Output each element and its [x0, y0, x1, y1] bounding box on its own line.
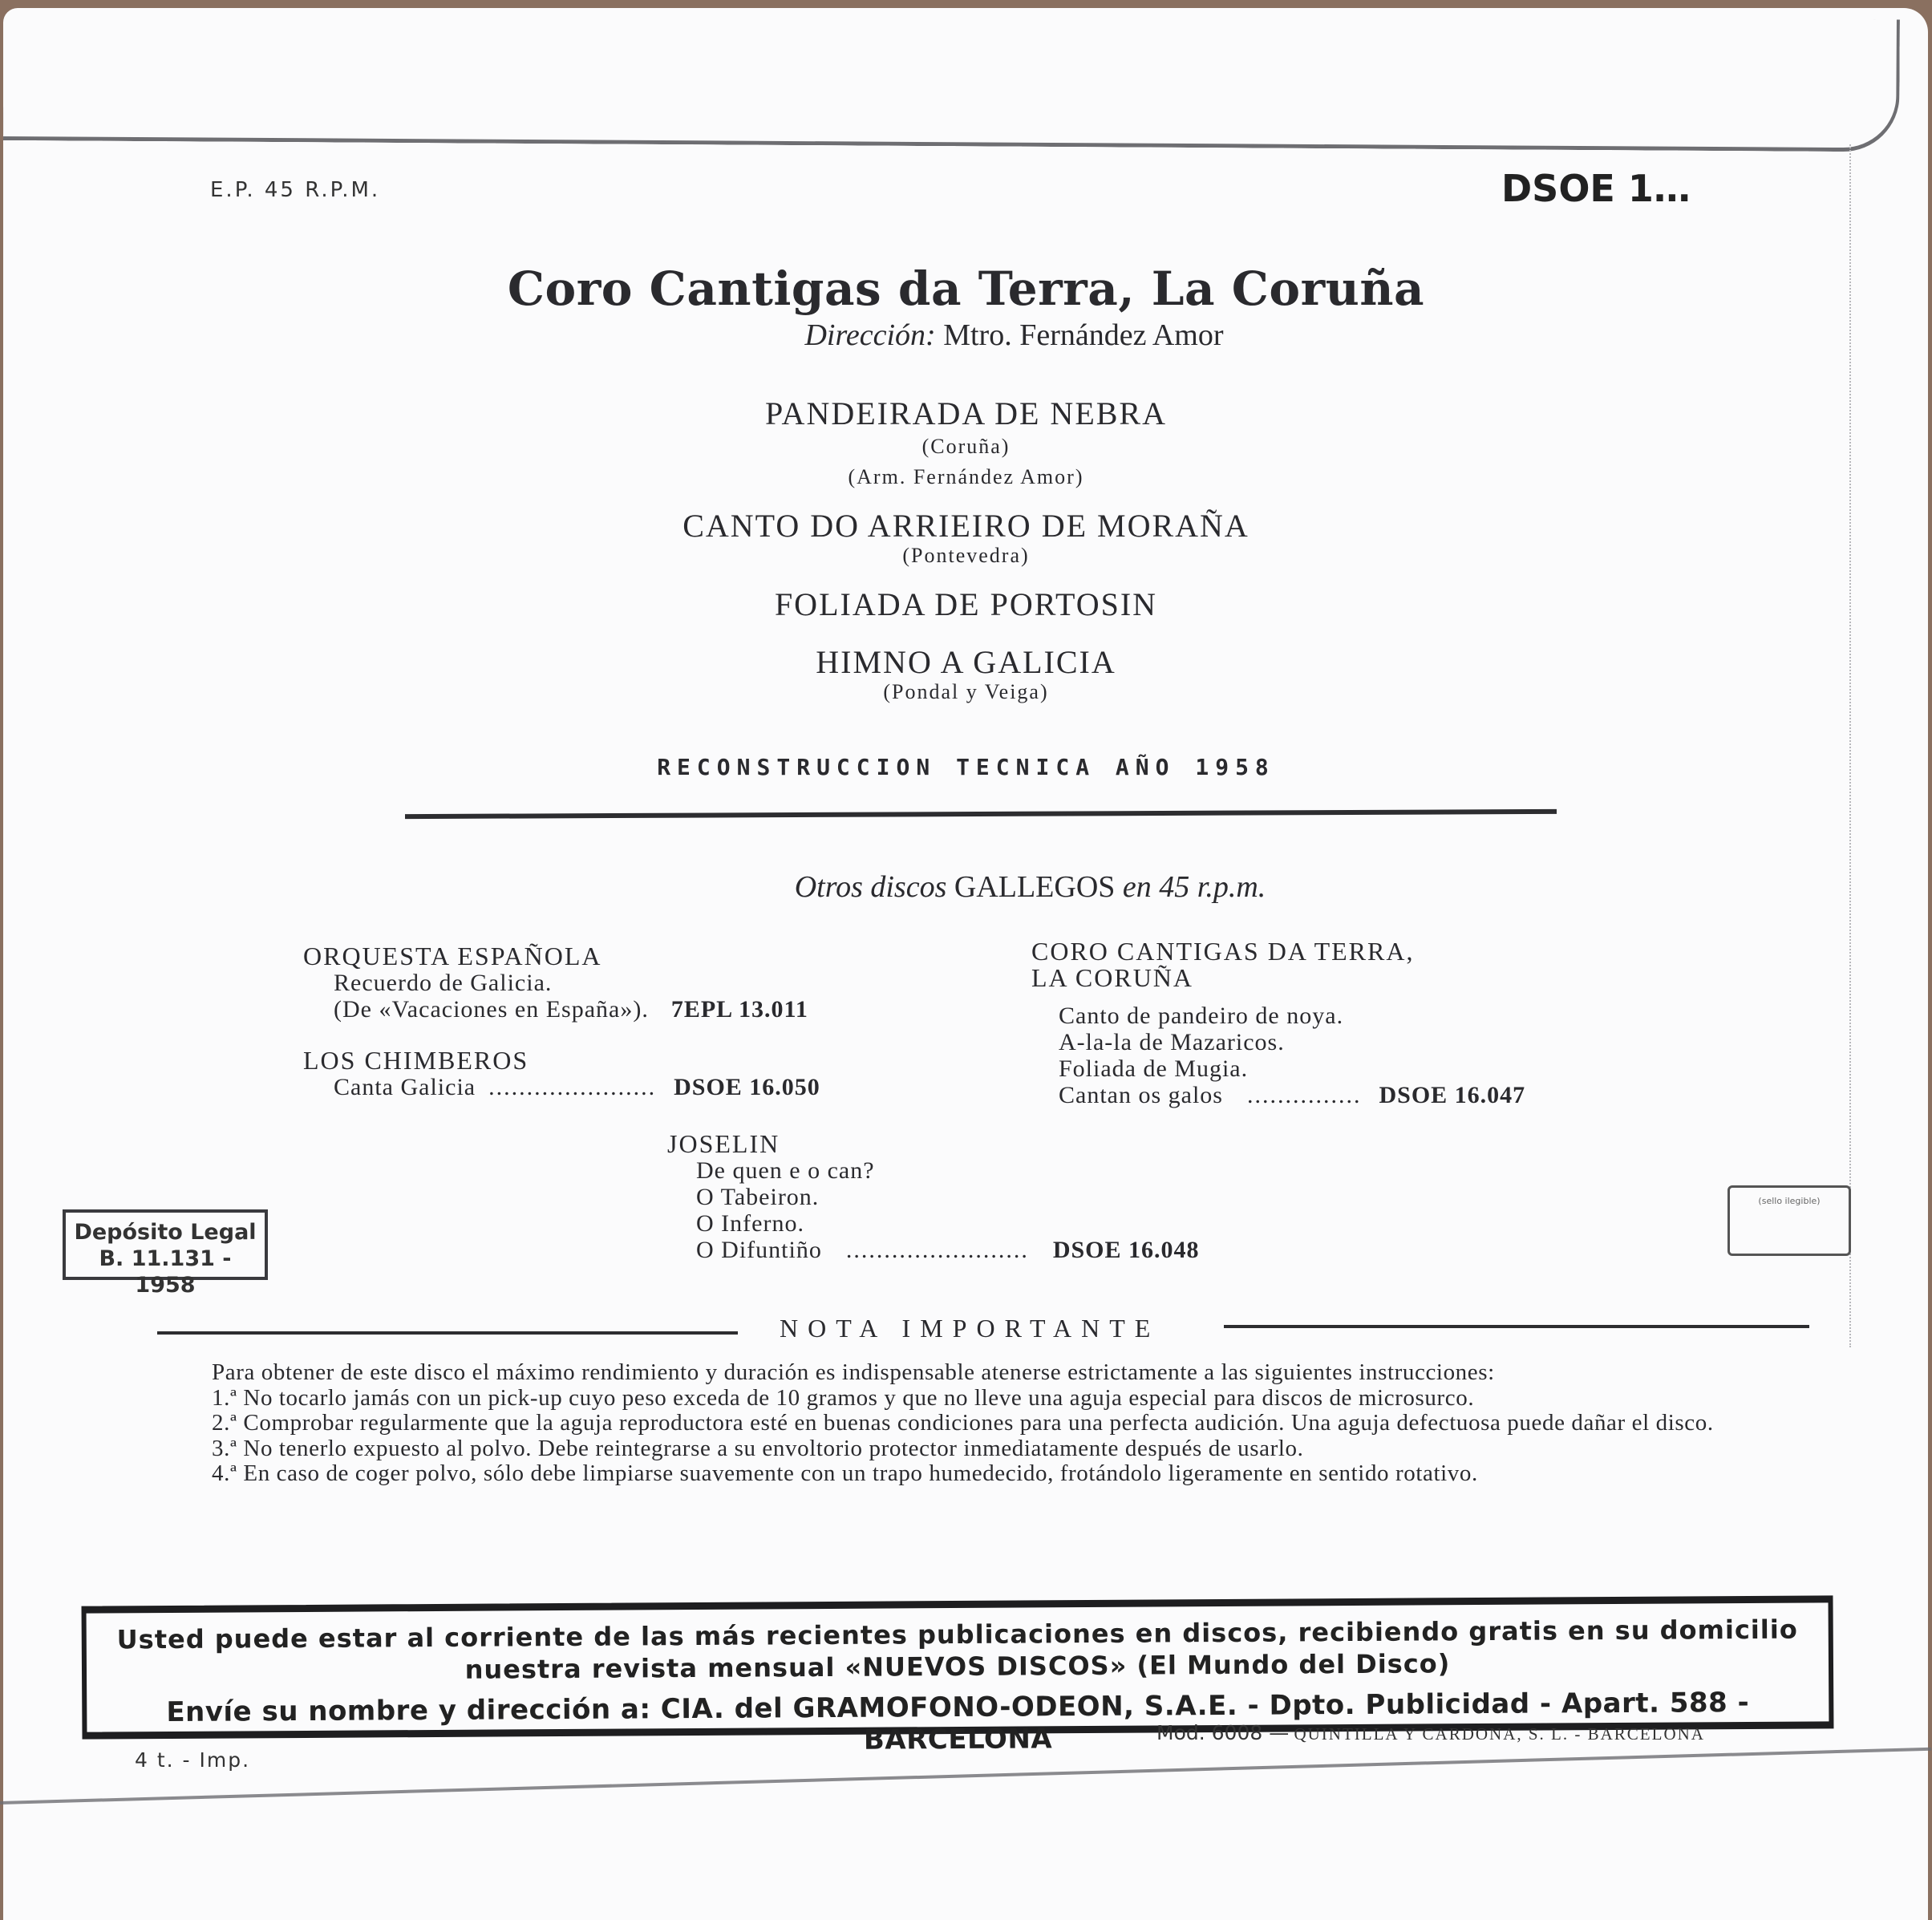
printer-name: QUINTILLA Y CARDONA, S. L. - BARCELONA	[1294, 1724, 1705, 1744]
reconstruction-note: RECONSTRUCCION TECNICA AÑO 1958	[0, 754, 1932, 780]
censorship-stamp: (sello ilegible)	[1727, 1185, 1851, 1256]
disc-item: Recuerdo de Galicia.	[303, 970, 808, 996]
stamp-text: (sello ilegible)	[1758, 1196, 1820, 1206]
disc-artist: LOS CHIMBEROS	[303, 1047, 820, 1074]
catalog-number: DSOE 1…	[1501, 167, 1691, 210]
disc-item: Cantan os galos ............... DSOE 16.…	[1031, 1082, 1525, 1108]
disc-catalog: DSOE 16.050	[674, 1074, 820, 1100]
disc-artist: JOSELIN	[667, 1131, 1200, 1157]
track-credit: (Arm. Fernández Amor)	[0, 465, 1932, 489]
disc-artist-line2: LA CORUÑA	[1031, 965, 1525, 991]
legal-deposit-label: Depósito Legal	[66, 1219, 265, 1246]
disc-catalog: DSOE 16.048	[1053, 1237, 1200, 1263]
note-rule-right	[1224, 1325, 1809, 1328]
disc-artist: CORO CANTIGAS DA TERRA,	[1031, 938, 1525, 965]
disc-item-text: O Difuntiño	[696, 1237, 822, 1263]
track-credit: (Pondal y Veiga)	[0, 680, 1932, 704]
disc-group: JOSELIN De quen e o can? O Tabeiron. O I…	[667, 1131, 1200, 1263]
disc-item-text: Canta Galicia	[334, 1074, 476, 1100]
track-title: FOLIADA DE PORTOSIN	[0, 585, 1932, 623]
note-item: 3.ª No tenerlo expuesto al polvo. Debe r…	[154, 1436, 1800, 1462]
imprint-code: 4 t. - Imp.	[135, 1748, 250, 1772]
note-item: 1.ª No tocarlo jamás con un pick-up cuyo…	[154, 1386, 1800, 1412]
legal-deposit-stamp: Depósito Legal B. 11.131 - 1958	[63, 1209, 268, 1280]
disc-item-text: Cantan os galos	[1059, 1082, 1223, 1108]
heading-italic: Otros discos	[795, 870, 947, 904]
format-label: E.P. 45 R.P.M.	[210, 178, 380, 202]
disc-item: (De «Vacaciones en España»). 7EPL 13.011	[303, 996, 808, 1023]
artist-title: Coro Cantigas da Terra, La Coruña	[0, 261, 1932, 316]
sleeve-flap-fold	[3, 8, 1900, 152]
track-origin: (Coruña)	[0, 435, 1932, 459]
disc-catalog: 7EPL 13.011	[671, 996, 808, 1023]
note-item: 2.ª Comprobar regularmente que la aguja …	[154, 1411, 1800, 1436]
track-title: HIMNO A GALICIA	[0, 643, 1932, 681]
model-number: Mod. 6008 —	[1156, 1721, 1289, 1744]
disc-item: Foliada de Mugia.	[1031, 1055, 1525, 1082]
note-item: 4.ª En caso de coger polvo, sólo debe li…	[154, 1461, 1800, 1487]
track-title: PANDEIRADA DE NEBRA	[0, 395, 1932, 432]
dot-leader: ...............	[1247, 1082, 1362, 1108]
disc-item: O Inferno.	[667, 1210, 1200, 1237]
heading-bold: GALLEGOS	[954, 870, 1116, 904]
disc-item: A-la-la de Mazaricos.	[1031, 1029, 1525, 1055]
disc-item-text: (De «Vacaciones en España»).	[334, 996, 649, 1023]
note-title: NOTA IMPORTANTE	[780, 1314, 1160, 1343]
disc-item: De quen e o can?	[667, 1157, 1200, 1184]
disc-group: ORQUESTA ESPAÑOLA Recuerdo de Galicia. (…	[303, 943, 808, 1023]
disc-group: LOS CHIMBEROS Canta Galicia ............…	[303, 1047, 820, 1100]
note-rule-left	[157, 1331, 738, 1335]
director-line: Dirección: Mtro. Fernández Amor	[0, 318, 1932, 353]
disc-item: Canto de pandeiro de noya.	[1031, 1003, 1525, 1029]
other-discs-heading: Otros discos GALLEGOS en 45 r.p.m.	[0, 869, 1932, 905]
promo-box: Usted puede estar al corriente de las má…	[82, 1595, 1834, 1739]
disc-item: O Tabeiron.	[667, 1184, 1200, 1210]
disc-item: O Difuntiño ........................ DSO…	[667, 1237, 1200, 1263]
heading-italic: en 45 r.p.m.	[1123, 870, 1266, 904]
disc-catalog: DSOE 16.047	[1379, 1082, 1525, 1108]
disc-item: Canta Galicia ...................... DSO…	[303, 1074, 820, 1100]
disc-artist: ORQUESTA ESPAÑOLA	[303, 943, 808, 970]
printer-credit: Mod. 6008 — QUINTILLA Y CARDONA, S. L. -…	[1156, 1721, 1705, 1745]
track-origin: (Pontevedra)	[0, 544, 1932, 568]
direction-name: Mtro. Fernández Amor	[943, 318, 1223, 352]
legal-deposit-number: B. 11.131 - 1958	[66, 1246, 265, 1298]
dot-leader: ......................	[488, 1074, 656, 1100]
disc-group: CORO CANTIGAS DA TERRA, LA CORUÑA Canto …	[1031, 938, 1525, 1108]
direction-label: Dirección:	[804, 318, 935, 352]
track-title: CANTO DO ARRIEIRO DE MORAÑA	[0, 507, 1932, 545]
note-intro: Para obtener de este disco el máximo ren…	[154, 1360, 1800, 1386]
important-note: Para obtener de este disco el máximo ren…	[154, 1360, 1800, 1487]
dot-leader: ........................	[846, 1237, 1029, 1263]
